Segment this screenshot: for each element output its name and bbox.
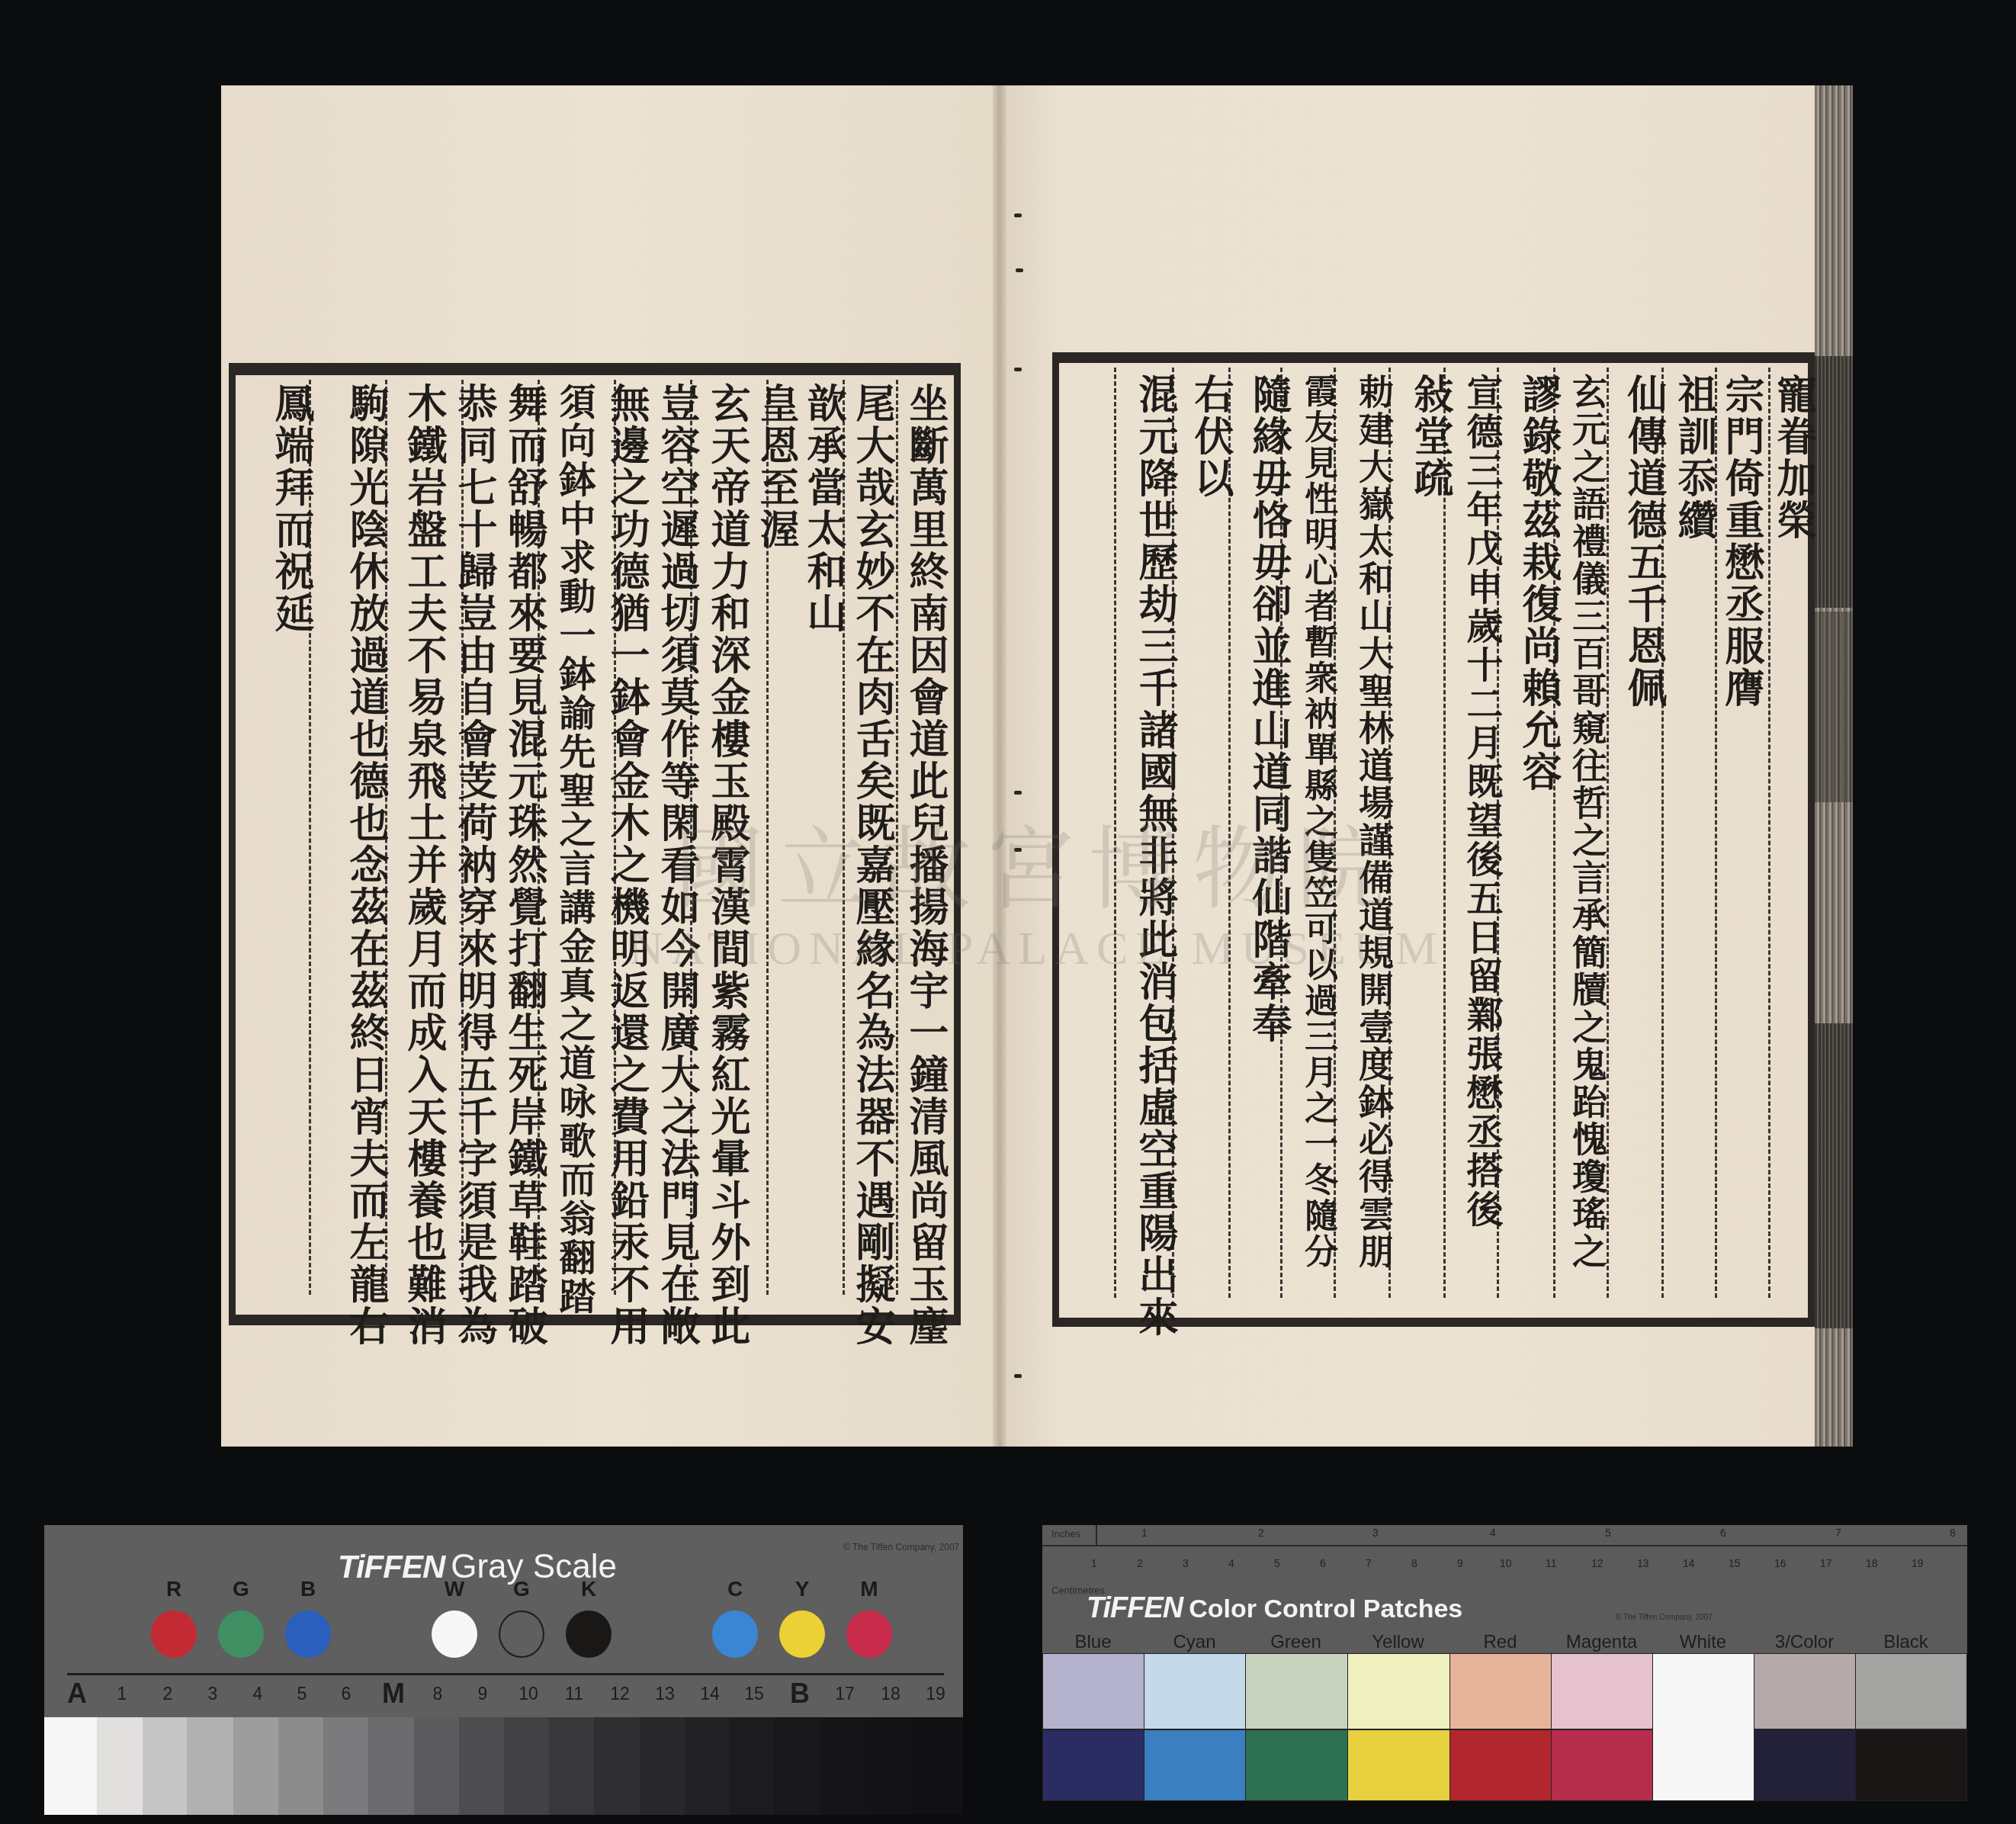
step-label: 4 [239,1684,277,1704]
patch-label: White [1652,1632,1754,1653]
dot-label: G [218,1577,264,1601]
ruler-number: 8 [1950,1527,1956,1539]
patch-label: Black [1855,1632,1957,1653]
blue-light-patch [1042,1653,1144,1729]
text-column: 駒隙光陰休放過道也德也念茲在茲終日宵夫而左龍右 [341,383,390,1347]
three-color-dark-patch [1754,1729,1856,1801]
text-column: 坐斷萬里終南因會道此兒播揚海宇一鐘清風尚留玉麈 [900,383,949,1347]
gray-scale-card: TiFFENGray Scale © The Tiffen Company, 2… [44,1525,963,1801]
dot-label: M [846,1577,892,1601]
gray-step [44,1717,97,1815]
step-label: 18 [872,1684,910,1704]
text-column: 隨緣毋恪毋卻並進山道同諧仙階牽奉 [1244,374,1292,1045]
gray-step [368,1717,413,1815]
ruler-number: 4 [1490,1527,1496,1539]
red-dot [151,1610,197,1658]
text-column: 霞友見性明心者暫衆衲單縣之隻笠可以過三月之一冬隨分 [1297,374,1338,1270]
dot-label: B [285,1577,331,1601]
ruler-number: 2 [1137,1557,1143,1569]
ruler-number: 6 [1320,1557,1326,1569]
ruler-number: 5 [1605,1527,1611,1539]
patch-label: Cyan [1144,1632,1245,1653]
step-label: M [374,1678,413,1710]
red-dark-patch [1449,1729,1552,1801]
ruler-number: 3 [1372,1527,1379,1539]
step-label: 12 [601,1684,639,1704]
ruler-number: 6 [1720,1527,1726,1539]
text-column: 仙傳道德五千恩佩 [1619,374,1668,709]
gray-step [143,1717,186,1815]
step-label: 6 [327,1684,365,1704]
cyan-light-patch [1144,1653,1246,1729]
book-gutter [993,85,1006,1447]
text-column: 歆承當太和山 [798,383,847,634]
text-column: 須向鉢中求動一鉢諭先聖之言講金真之道咏歌而翁翻踏 [550,383,599,1316]
left-text-block: 坐斷萬里終南因會道此兒播揚海宇一鐘清風尚留玉麈 尾大哉玄妙不在肉舌矣既嘉壓緣名為… [229,363,961,1325]
three-color-light-patch [1754,1653,1856,1729]
blue-dot [285,1610,331,1658]
dot-label: W [432,1577,477,1601]
ruler-number: 11 [1546,1557,1557,1569]
ruler-number: 9 [1457,1557,1463,1569]
ruler-number: 7 [1835,1527,1841,1539]
text-column: 勅建大嶽太和山大聖林道場謹備道規開壹度鉢必得雲朋 [1352,374,1395,1270]
green-dark-patch [1245,1729,1348,1801]
black-dark-patch [1855,1729,1967,1801]
right-text-block: 寵眷加榮 宗門倚重懋丞服膺 祖訓忝纘 仙傳道德五千恩佩 玄元之語禮儀三百哥窺往哲… [1052,352,1815,1327]
ruler-number: 1 [1141,1527,1148,1539]
stitch-hole [1014,1374,1022,1378]
magenta-dot [846,1610,892,1658]
ruler-number: 15 [1729,1557,1741,1569]
tiffen-logo: TiFFEN [338,1549,445,1585]
patch-label: Yellow [1347,1632,1449,1653]
cyan-dark-patch [1144,1729,1246,1801]
yellow-dot [779,1610,825,1658]
gray-step [233,1717,278,1815]
patch-label: Magenta [1551,1632,1652,1653]
text-column: 無邊之功德猶一鉢會金木之機明返還之費用鉛汞不用 [602,383,650,1347]
ruler-number: 5 [1274,1557,1280,1569]
stitch-hole [1014,791,1022,795]
magenta-light-patch [1551,1653,1653,1729]
copyright-text: © The Tiffen Company, 2007 [1616,1614,1713,1622]
stitch-hole [1014,848,1022,852]
ruler-number: 13 [1637,1557,1649,1569]
text-column: 木鐵岩盤工夫不易泉飛土并歲月而成入天樓養也難消 [399,383,448,1347]
ruler-number: 8 [1411,1557,1417,1569]
step-label: 1 [103,1684,141,1704]
text-column: 敍堂疏 [1405,374,1454,499]
step-label: B [781,1678,819,1710]
step-label: 19 [917,1684,955,1704]
patch-label: Green [1245,1632,1347,1653]
page-fore-edge [1815,85,1853,1447]
inch-ruler: Inches 1 2 3 4 5 6 7 8 [1042,1525,1967,1546]
black-dot [566,1610,612,1658]
text-column: 右伏以 [1186,374,1234,499]
text-column: 鳳端拜而祝延 [266,383,315,634]
text-column: 寵眷加榮 [1768,374,1817,541]
yellow-light-patch [1347,1653,1450,1729]
step-label: 10 [509,1684,547,1704]
ruler-number: 10 [1500,1557,1512,1569]
centimeter-ruler: 1 2 3 4 5 6 7 8 9 10 11 12 13 14 15 16 1… [1042,1545,1967,1579]
white-patch [1652,1653,1754,1801]
step-label: 5 [283,1684,321,1704]
color-control-card: Inches 1 2 3 4 5 6 7 8 1 2 3 4 5 6 7 8 9… [1042,1525,1967,1800]
gray-step [278,1717,323,1815]
divider-line [67,1673,944,1675]
text-column: 祖訓忝纘 [1669,374,1718,541]
step-label: A [58,1678,96,1710]
gray-steps [44,1717,963,1815]
ruler-label: Inches [1051,1528,1080,1540]
ruler-number: 1 [1091,1557,1097,1569]
gray-step [97,1717,143,1815]
ruler-number: 17 [1820,1557,1832,1569]
open-book: 坐斷萬里終南因會道此兒播揚海宇一鐘清風尚留玉麈 尾大哉玄妙不在肉舌矣既嘉壓緣名為… [221,85,1853,1447]
gray-step [414,1717,459,1815]
text-column: 尾大哉玄妙不在肉舌矣既嘉壓緣名為法器不遇剛擬安 [847,383,896,1347]
gray-step [323,1717,368,1815]
blue-dark-patch [1042,1729,1144,1801]
text-column: 玄元之語禮儀三百哥窺往哲之言承簡牘之鬼跆愧瓊瑤之 [1565,374,1609,1270]
text-column: 宗門倚重懋丞服膺 [1716,374,1765,709]
dot-label: R [151,1577,197,1601]
step-label: 3 [194,1684,232,1704]
white-dot [432,1610,477,1658]
step-label: 14 [691,1684,729,1704]
dot-label: K [566,1577,612,1601]
text-column: 舞而舒暢都來要見混元珠然覺打翻生死岸鐵草鞋踏破 [499,383,548,1347]
magenta-dark-patch [1551,1729,1653,1801]
dot-label: C [712,1577,758,1601]
black-light-patch [1855,1653,1967,1729]
dot-label: Y [779,1577,825,1601]
ruler-number: 3 [1183,1557,1189,1569]
green-light-patch [1245,1653,1348,1729]
gray-step [187,1717,233,1815]
tiffen-logo: TiFFEN [1087,1592,1183,1624]
yellow-dark-patch [1347,1729,1450,1801]
step-label: 9 [464,1684,502,1704]
color-card-title: TiFFENColor Control Patches [1087,1592,1462,1625]
red-light-patch [1449,1653,1552,1729]
gray-step [730,1717,775,1815]
text-column: 豈容空遲過切須莫作等閑看如今開廣大之法門見在敞 [652,383,701,1347]
ruler-number: 16 [1774,1557,1786,1569]
text-column: 恭同七十歸豈由自會芰荷衲穿來明得五千字須是我為 [449,383,498,1347]
patch-label: Red [1449,1632,1551,1653]
cyan-dot [712,1610,758,1658]
text-column: 皇恩至渥 [751,383,800,551]
gray-step [640,1717,685,1815]
gray-step [910,1717,963,1815]
text-column: 混元降世歷劫三千諸國無非將此消包括虛空重陽出來 [1131,374,1178,1338]
gray-step [820,1717,865,1815]
gray-step [685,1717,730,1815]
step-label: 2 [149,1684,187,1704]
ruler-number: 12 [1591,1557,1603,1569]
copyright-text: © The Tiffen Company, 2007 [843,1542,959,1553]
color-patches [1042,1653,1967,1801]
gray-step [459,1717,504,1815]
ruler-number: 7 [1366,1557,1372,1569]
text-column: 宣德三年戊申歲十二月既望後五日留鄴張懋丞搭後 [1459,374,1504,1229]
stitch-hole [1016,268,1023,272]
gray-step [504,1717,549,1815]
patch-label: Blue [1042,1632,1144,1653]
ruler-number: 4 [1228,1557,1234,1569]
step-label: 13 [646,1684,684,1704]
text-column: 玄天帝道力和深金樓玉殿霄漢間紫霧紅光暈斗外到此 [702,383,751,1347]
gray-dot [499,1610,544,1658]
gray-step [594,1717,639,1815]
green-dot [218,1610,264,1658]
step-label: 17 [826,1684,864,1704]
dot-label: G [499,1577,544,1601]
step-label: 15 [735,1684,773,1704]
ruler-number: 2 [1258,1527,1264,1539]
step-label: 11 [555,1684,593,1704]
ruler-number: 14 [1683,1557,1695,1569]
stitch-hole [1014,214,1022,217]
ruler-number: 19 [1912,1557,1924,1569]
gray-step [775,1717,820,1815]
ruler-number: 18 [1866,1557,1878,1569]
patch-label: 3/Color [1754,1632,1855,1653]
gray-step [549,1717,594,1815]
stitch-hole [1014,368,1022,371]
text-column: 謬錄敬茲栽復尚賴允容 [1514,374,1562,793]
step-label: 8 [419,1684,457,1704]
gray-step [865,1717,910,1815]
